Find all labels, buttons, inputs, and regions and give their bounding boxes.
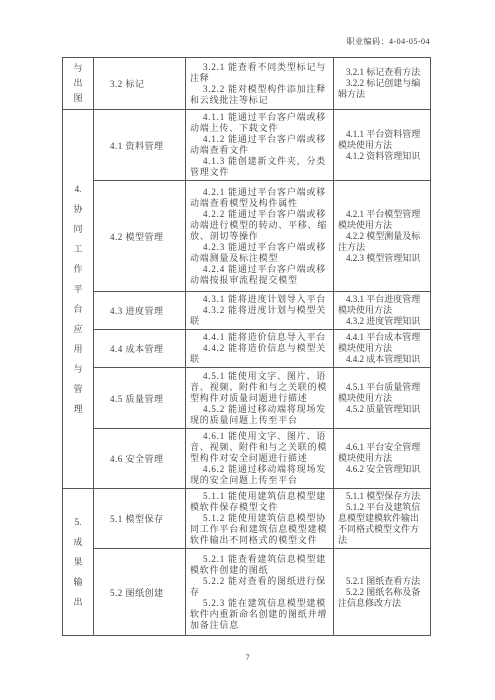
skill-requirement-paragraph: 3.2.1 能查看不同类型标记与注释 (190, 62, 329, 84)
knowledge-requirement-paragraph: 4.1.2 资料管理知识 (338, 151, 426, 162)
knowledge-requirements-cell: 3.2.1 标记查看方法3.2.2 标记创建与编辑方法 (334, 58, 431, 110)
skill-item-label: 4.1 资料管理 (94, 110, 186, 181)
skill-item-label: 4.5 质量管理 (94, 368, 186, 429)
skill-requirement-paragraph: 4.4.1 能将造价信息导入平台 (190, 332, 329, 343)
skill-requirement-paragraph: 4.1.1 能通过平台客户端或移动端上传、下载文件 (190, 112, 329, 134)
knowledge-requirement-paragraph: 5.1.1 模型保存方法 (338, 491, 426, 502)
skill-requirement-paragraph: 4.4.2 能将造价信息与模型关联 (190, 343, 329, 365)
skill-requirement-paragraph: 4.2.2 能通过平台客户端或移动端进行模型的转动、平移、缩放、剖切等操作 (190, 209, 329, 242)
skill-requirements-cell: 4.5.1 能使用文字、图片、语音、视频、附件和与之关联的模型构件对质量问题进行… (186, 368, 334, 429)
knowledge-requirement-paragraph: 4.4.2 成本管理知识 (338, 354, 426, 365)
knowledge-requirement-paragraph: 5.1.2 平台及建筑信息模型建模软件输出不同格式模型文件方法 (338, 502, 426, 546)
knowledge-requirement-paragraph: 5.2.1 图纸查看方法 (338, 576, 426, 587)
skill-requirement-paragraph: 5.2.1 能查看建筑信息模型建模软件创建的图纸 (190, 554, 329, 576)
page-number: 7 (0, 652, 495, 662)
skill-requirements-cell: 3.2.1 能查看不同类型标记与注释3.2.2 能对模型构件添加注释和云线批注等… (186, 58, 334, 110)
skill-requirements-cell: 4.1.1 能通过平台客户端或移动端上传、下载文件4.1.2 能通过平台客户端或… (186, 110, 334, 181)
knowledge-requirements-cell: 5.2.1 图纸查看方法5.2.2 图纸名称及备注信息修改方法 (334, 549, 431, 636)
table-row: 4.2 模型管理4.2.1 能通过平台客户端或移动端查看模型及构件属性4.2.2… (63, 181, 431, 292)
knowledge-requirement-paragraph: 4.6.1 平台安全管理模块使用方法 (338, 442, 426, 464)
knowledge-requirements-cell: 5.1.1 模型保存方法5.1.2 平台及建筑信息模型建模软件输出不同格式模型文… (334, 489, 431, 549)
skill-requirement-paragraph: 4.2.3 能通过平台客户端或移动端测量及标注模型 (190, 242, 329, 264)
knowledge-requirements-cell: 4.3.1 平台进度管理模块使用方法4.3.2 进度管理知识 (334, 292, 431, 330)
skill-requirement-paragraph: 5.1.2 能使用建筑信息模型协同工作平台和建筑信息模型建模软件输出不同格式的模… (190, 513, 329, 546)
table-row: 与出图3.2 标记3.2.1 能查看不同类型标记与注释3.2.2 能对模型构件添… (63, 58, 431, 110)
skill-requirements-cell: 5.1.1 能使用建筑信息模型建模软件保存模型文件5.1.2 能使用建筑信息模型… (186, 489, 334, 549)
table-row: 5.2 图纸创建5.2.1 能查看建筑信息模型建模软件创建的图纸5.2.2 能对… (63, 549, 431, 636)
skill-requirement-paragraph: 4.2.1 能通过平台客户端或移动端查看模型及构件属性 (190, 187, 329, 209)
skill-requirement-paragraph: 5.2.3 能在建筑信息模型建模软件内重新命名创建的图纸并增加备注信息 (190, 598, 329, 631)
skill-requirement-paragraph: 4.1.2 能通过平台客户端或移动端查看文件 (190, 134, 329, 156)
knowledge-requirement-paragraph: 4.6.2 安全管理知识 (338, 464, 426, 475)
knowledge-requirement-paragraph: 4.2.1 平台模型管理模块使用方法 (338, 209, 426, 231)
knowledge-requirement-paragraph: 4.5.1 平台质量管理模块使用方法 (338, 382, 426, 404)
skill-item-label: 4.2 模型管理 (94, 181, 186, 292)
table-row: 4.4 成本管理4.4.1 能将造价信息导入平台4.4.2 能将造价信息与模型关… (63, 330, 431, 368)
skill-requirement-paragraph: 5.2.2 能对查看的图纸进行保存 (190, 576, 329, 598)
skill-item-label: 3.2 标记 (94, 58, 186, 110)
skill-requirement-paragraph: 4.1.3 能创建新文件夹，分类管理文件 (190, 156, 329, 178)
group-label: 与出图 (63, 58, 94, 110)
skills-table-body: 与出图3.2 标记3.2.1 能查看不同类型标记与注释3.2.2 能对模型构件添… (63, 58, 431, 636)
knowledge-requirements-cell: 4.2.1 平台模型管理模块使用方法4.2.2 模型测量及标注方法4.2.3 模… (334, 181, 431, 292)
skill-item-label: 4.4 成本管理 (94, 330, 186, 368)
table-row: 4.5 质量管理4.5.1 能使用文字、图片、语音、视频、附件和与之关联的模型构… (63, 368, 431, 429)
table-container: 与出图3.2 标记3.2.1 能查看不同类型标记与注释3.2.2 能对模型构件添… (62, 57, 431, 636)
skill-requirements-cell: 4.4.1 能将造价信息导入平台4.4.2 能将造价信息与模型关联 (186, 330, 334, 368)
knowledge-requirement-paragraph: 4.3.1 平台进度管理模块使用方法 (338, 294, 426, 316)
knowledge-requirement-paragraph: 4.1.1 平台资料管理模块使用方法 (338, 129, 426, 151)
table-row: 4.6 安全管理4.6.1 能使用文字、图片、语音、视频、附件和与之关联的模型构… (63, 429, 431, 489)
knowledge-requirement-paragraph: 4.5.2 质量管理知识 (338, 404, 426, 415)
knowledge-requirement-paragraph: 4.2.2 模型测量及标注方法 (338, 231, 426, 253)
skill-requirements-cell: 5.2.1 能查看建筑信息模型建模软件创建的图纸5.2.2 能对查看的图纸进行保… (186, 549, 334, 636)
skill-requirement-paragraph: 4.2.4 能通过平台客户端或移动端按报审流程提交模型 (190, 264, 329, 286)
knowledge-requirement-paragraph: 5.2.2 图纸名称及备注信息修改方法 (338, 587, 426, 609)
table-row: 4. 协同工作平台应用与管理4.1 资料管理4.1.1 能通过平台客户端或移动端… (63, 110, 431, 181)
skill-requirement-paragraph: 3.2.2 能对模型构件添加注释和云线批注等标记 (190, 84, 329, 106)
knowledge-requirements-cell: 4.1.1 平台资料管理模块使用方法4.1.2 资料管理知识 (334, 110, 431, 181)
knowledge-requirement-paragraph: 3.2.2 标记创建与编辑方法 (338, 78, 426, 100)
skill-requirement-paragraph: 4.3.1 能将进度计划导入平台 (190, 294, 329, 305)
group-label: 4. 协同工作平台应用与管理 (63, 110, 94, 489)
skill-item-label: 5.2 图纸创建 (94, 549, 186, 636)
knowledge-requirements-cell: 4.5.1 平台质量管理模块使用方法4.5.2 质量管理知识 (334, 368, 431, 429)
knowledge-requirement-paragraph: 4.4.1 平台成本管理模块使用方法 (338, 332, 426, 354)
skill-requirement-paragraph: 5.1.1 能使用建筑信息模型建模软件保存模型文件 (190, 491, 329, 513)
skill-requirement-paragraph: 4.6.2 能通过移动端将现场发现的安全问题上传至平台 (190, 464, 329, 486)
table-row: 5. 成果输出5.1 模型保存5.1.1 能使用建筑信息模型建模软件保存模型文件… (63, 489, 431, 549)
occupation-code: 职业编码：4-04-05-04 (347, 36, 431, 47)
knowledge-requirement-paragraph: 3.2.1 标记查看方法 (338, 67, 426, 78)
skills-table: 与出图3.2 标记3.2.1 能查看不同类型标记与注释3.2.2 能对模型构件添… (62, 57, 431, 636)
skill-requirement-paragraph: 4.6.1 能使用文字、图片、语音、视频、附件和与之关联的模型构件对安全问题进行… (190, 431, 329, 464)
skill-requirements-cell: 4.3.1 能将进度计划导入平台4.3.2 能将进度计划与模型关联 (186, 292, 334, 330)
table-row: 4.3 进度管理4.3.1 能将进度计划导入平台4.3.2 能将进度计划与模型关… (63, 292, 431, 330)
skill-requirements-cell: 4.6.1 能使用文字、图片、语音、视频、附件和与之关联的模型构件对安全问题进行… (186, 429, 334, 489)
knowledge-requirements-cell: 4.6.1 平台安全管理模块使用方法4.6.2 安全管理知识 (334, 429, 431, 489)
knowledge-requirements-cell: 4.4.1 平台成本管理模块使用方法4.4.2 成本管理知识 (334, 330, 431, 368)
skill-requirement-paragraph: 4.3.2 能将进度计划与模型关联 (190, 305, 329, 327)
skill-requirement-paragraph: 4.5.1 能使用文字、图片、语音、视频、附件和与之关联的模型构件对质量问题进行… (190, 371, 329, 404)
skill-requirements-cell: 4.2.1 能通过平台客户端或移动端查看模型及构件属性4.2.2 能通过平台客户… (186, 181, 334, 292)
skill-item-label: 4.3 进度管理 (94, 292, 186, 330)
knowledge-requirement-paragraph: 4.2.3 模型管理知识 (338, 253, 426, 264)
group-label: 5. 成果输出 (63, 489, 94, 636)
skill-item-label: 5.1 模型保存 (94, 489, 186, 549)
skill-item-label: 4.6 安全管理 (94, 429, 186, 489)
skill-requirement-paragraph: 4.5.2 能通过移动端将现场发现的质量问题上传至平台 (190, 404, 329, 426)
knowledge-requirement-paragraph: 4.3.2 进度管理知识 (338, 316, 426, 327)
